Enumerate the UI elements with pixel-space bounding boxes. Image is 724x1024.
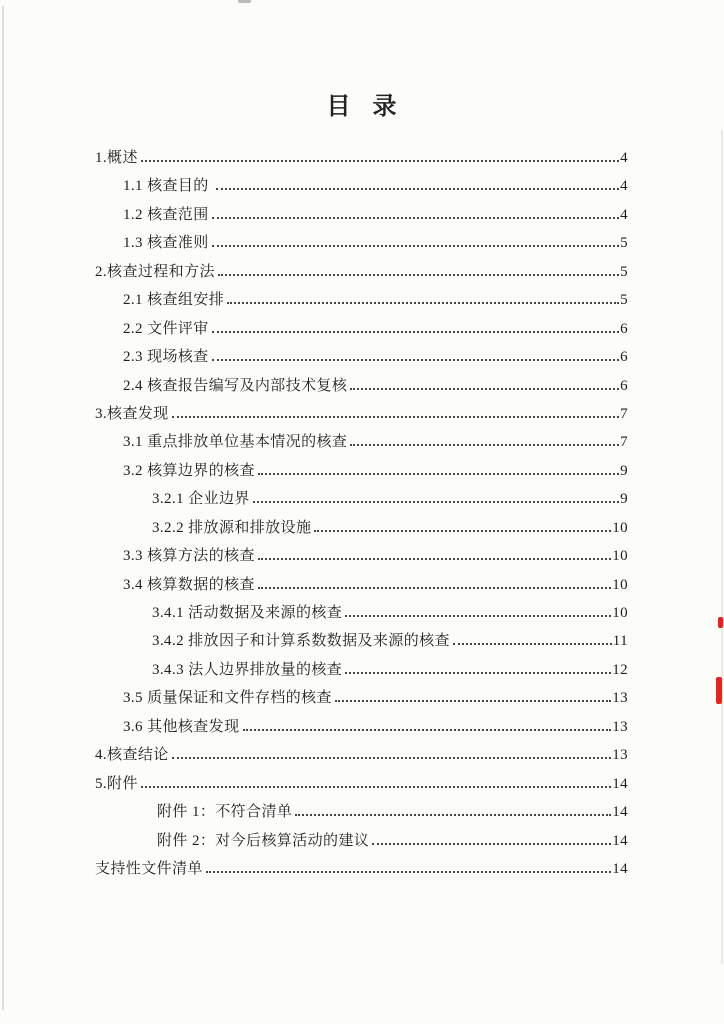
dot-leader [345, 615, 611, 617]
toc-entry-label: 1.概述 [95, 144, 138, 172]
toc-entry-page: 7 [620, 428, 628, 456]
dot-leader [141, 160, 619, 162]
dot-leader [453, 643, 612, 645]
toc-entry: 附件 2：对今后核算活动的建议14 [95, 827, 628, 855]
toc-entry: 2.3 现场核查6 [95, 343, 628, 371]
toc-entry-label: 附件 1：不符合清单 [157, 798, 292, 826]
dot-leader [253, 501, 619, 503]
toc-entry: 3.核查发现7 [95, 400, 628, 428]
toc-entry: 3.4.1 活动数据及来源的核查10 [95, 599, 628, 627]
toc-entry-label: 1.2 核查范围 [123, 201, 209, 229]
dot-leader [212, 217, 619, 219]
dot-leader [258, 473, 619, 475]
dot-leader [141, 786, 611, 788]
toc-entry: 3.2.1 企业边界9 [95, 485, 628, 513]
toc-entry-page: 9 [620, 485, 628, 513]
toc-entry: 1.3 核查准则5 [95, 229, 628, 257]
toc-entry: 2.核查过程和方法5 [95, 258, 628, 286]
toc-entry-page: 4 [620, 201, 628, 229]
dot-leader [216, 188, 619, 190]
dot-leader [345, 672, 611, 674]
red-ink-mark [718, 617, 723, 628]
toc-entry-label: 3.5 质量保证和文件存档的核查 [123, 684, 332, 712]
scan-edge-left [2, 6, 4, 1010]
toc-entry: 3.4.2 排放因子和计算系数数据及来源的核查11 [95, 627, 628, 655]
toc-entry: 3.4 核算数据的核查10 [95, 571, 628, 599]
toc-entry: 2.4 核查报告编写及内部技术复核6 [95, 372, 628, 400]
toc-entry: 3.1 重点排放单位基本情况的核查7 [95, 428, 628, 456]
toc-entry: 3.3 核算方法的核查10 [95, 542, 628, 570]
dot-leader [258, 587, 611, 589]
scan-artifact-notch [238, 0, 251, 3]
toc-entry: 3.4.3 法人边界排放量的核查12 [95, 656, 628, 684]
toc-entry-page: 13 [612, 741, 628, 769]
toc-entry-page: 5 [620, 258, 628, 286]
dot-leader [258, 558, 611, 560]
dot-leader [227, 302, 619, 304]
toc-entry-label: 3.6 其他核查发现 [123, 713, 240, 741]
dot-leader [335, 700, 611, 702]
dot-leader [218, 274, 619, 276]
toc-entry-page: 14 [612, 827, 628, 855]
dot-leader [212, 331, 619, 333]
toc-entry-page: 9 [620, 457, 628, 485]
toc-entry-label: 3.2.1 企业边界 [152, 485, 250, 513]
dot-leader [172, 416, 619, 418]
red-ink-mark [716, 677, 722, 704]
toc-entry-label: 2.2 文件评审 [123, 315, 209, 343]
toc-entry-page: 13 [612, 684, 628, 712]
toc-entry: 1.概述4 [95, 144, 628, 172]
dot-leader [243, 729, 612, 731]
toc-entry: 2.2 文件评审6 [95, 315, 628, 343]
toc-entry-page: 5 [620, 229, 628, 257]
toc-entry-label: 3.2.2 排放源和排放设施 [152, 514, 311, 542]
toc-entry-page: 4 [620, 144, 628, 172]
toc-entry-label: 3.2 核算边界的核查 [123, 457, 255, 485]
toc-entry: 3.2 核算边界的核查9 [95, 457, 628, 485]
toc-entry-page: 10 [612, 542, 628, 570]
toc-entry-label: 1.3 核查准则 [123, 229, 209, 257]
toc-entry: 4.核查结论13 [95, 741, 628, 769]
toc-entry-label: 3.核查发现 [95, 400, 169, 428]
toc-entry-page: 13 [612, 713, 628, 741]
toc-entry: 5.附件14 [95, 770, 628, 798]
toc-entry-label: 4.核查结论 [95, 741, 169, 769]
toc-entry: 1.2 核查范围4 [95, 201, 628, 229]
toc-entry-label: 3.1 重点排放单位基本情况的核查 [123, 428, 347, 456]
toc-entry-label: 3.3 核算方法的核查 [123, 542, 255, 570]
toc-entry-page: 14 [612, 855, 628, 883]
toc-entry-label: 1.1 核查目的 [123, 172, 213, 200]
toc-entry-page: 6 [620, 372, 628, 400]
toc-entry: 附件 1：不符合清单14 [95, 798, 628, 826]
dot-leader [212, 359, 619, 361]
toc-entry-page: 10 [612, 571, 628, 599]
toc-entry: 支持性文件清单14 [95, 855, 628, 883]
toc-entry-label: 3.4.3 法人边界排放量的核查 [152, 656, 342, 684]
table-of-contents: 1.概述41.1 核查目的 41.2 核查范围41.3 核查准则52.核查过程和… [95, 144, 628, 883]
toc-entry-label: 2.4 核查报告编写及内部技术复核 [123, 372, 347, 400]
toc-entry-page: 14 [612, 798, 628, 826]
toc-entry-page: 10 [612, 599, 628, 627]
toc-entry-page: 4 [620, 172, 628, 200]
toc-entry-label: 支持性文件清单 [95, 855, 203, 883]
dot-leader [206, 871, 611, 873]
toc-entry-label: 2.1 核查组安排 [123, 286, 224, 314]
dot-leader [350, 388, 619, 390]
toc-entry-page: 14 [612, 770, 628, 798]
dot-leader [172, 757, 612, 759]
toc-entry-page: 6 [620, 315, 628, 343]
toc-entry-page: 12 [612, 656, 628, 684]
document-page: 目 录 1.概述41.1 核查目的 41.2 核查范围41.3 核查准则52.核… [0, 0, 724, 1024]
toc-entry-label: 5.附件 [95, 770, 138, 798]
dot-leader [350, 444, 619, 446]
scan-edge-right [721, 130, 723, 964]
toc-entry: 3.5 质量保证和文件存档的核查13 [95, 684, 628, 712]
toc-entry-page: 5 [620, 286, 628, 314]
toc-entry-label: 2.3 现场核查 [123, 343, 209, 371]
page-title: 目 录 [0, 86, 724, 121]
toc-entry-label: 3.4 核算数据的核查 [123, 571, 255, 599]
toc-entry-page: 11 [613, 627, 628, 655]
toc-entry: 3.6 其他核查发现13 [95, 713, 628, 741]
toc-entry-page: 7 [620, 400, 628, 428]
toc-entry-page: 6 [620, 343, 628, 371]
dot-leader [372, 843, 611, 845]
dot-leader [212, 245, 619, 247]
toc-entry: 1.1 核查目的 4 [95, 172, 628, 200]
toc-entry-label: 3.4.1 活动数据及来源的核查 [152, 599, 342, 627]
dot-leader [295, 814, 611, 816]
toc-entry-label: 2.核查过程和方法 [95, 258, 215, 286]
toc-entry: 2.1 核查组安排5 [95, 286, 628, 314]
toc-entry-page: 10 [612, 514, 628, 542]
toc-entry-label: 附件 2：对今后核算活动的建议 [157, 827, 369, 855]
toc-entry: 3.2.2 排放源和排放设施10 [95, 514, 628, 542]
toc-entry-label: 3.4.2 排放因子和计算系数数据及来源的核查 [152, 627, 450, 655]
dot-leader [314, 530, 611, 532]
